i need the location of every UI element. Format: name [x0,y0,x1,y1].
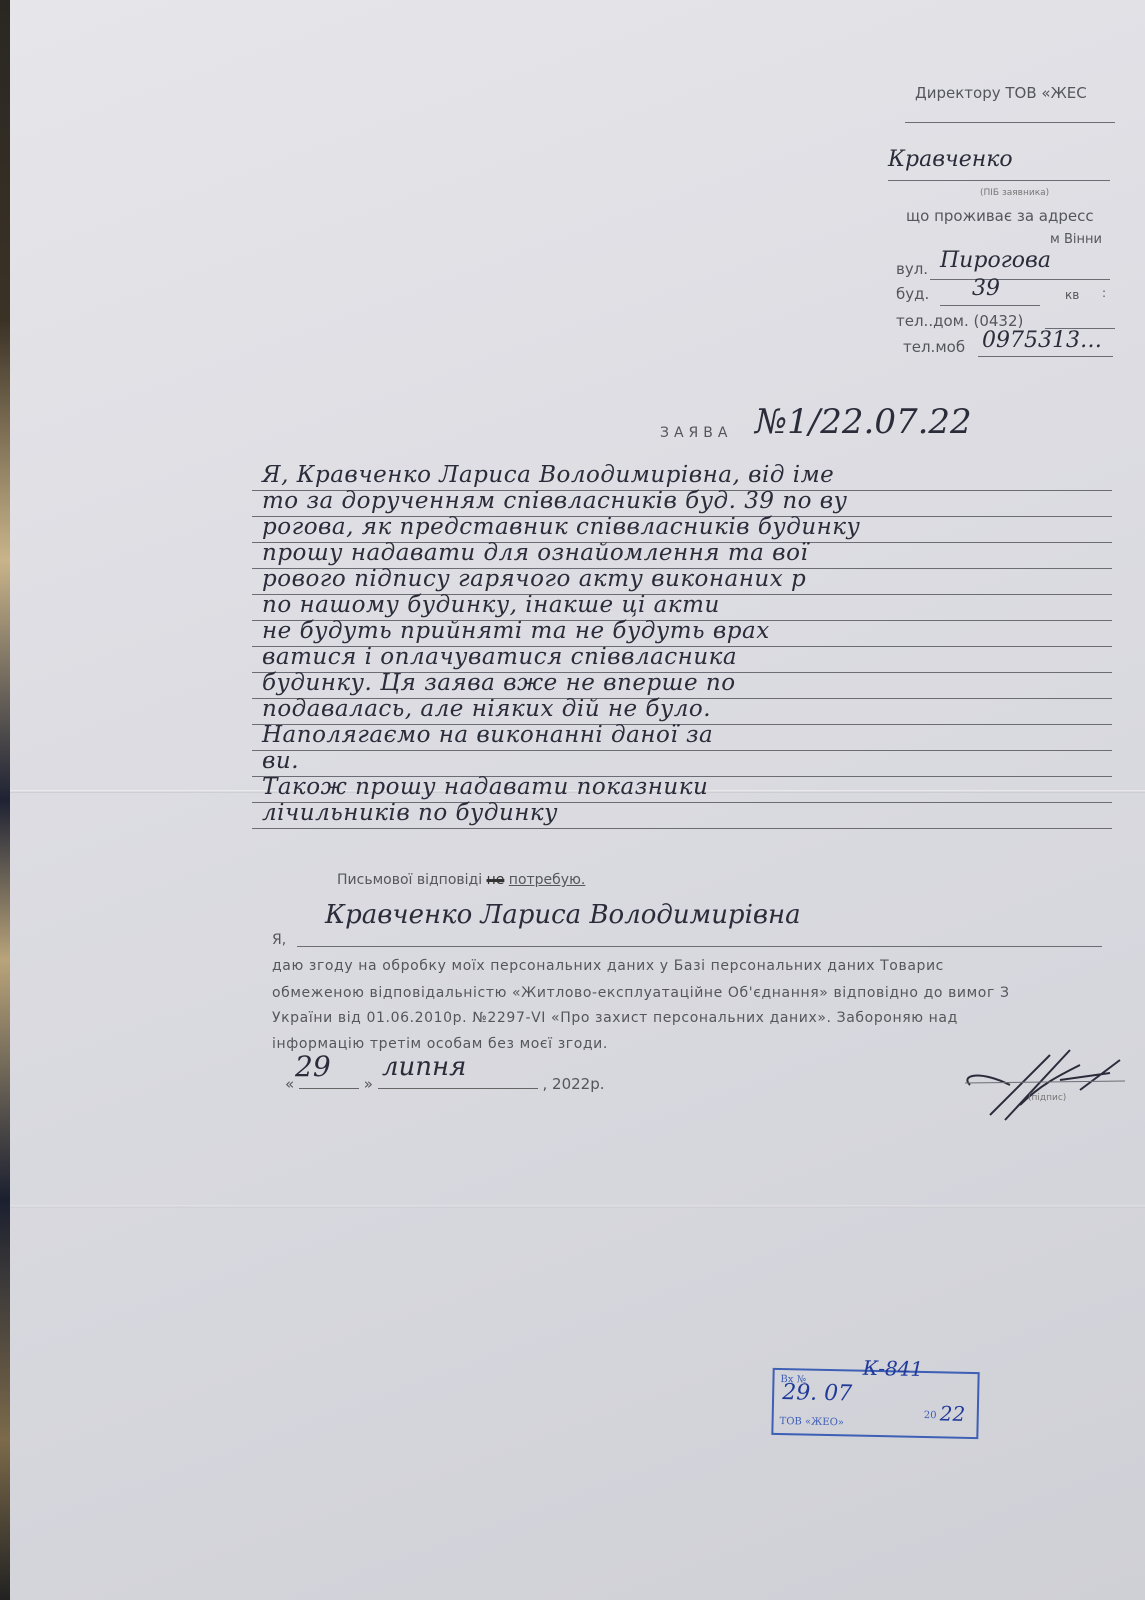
body-line: ви. [262,748,299,774]
date-year: , 2022р. [543,1075,605,1093]
written-reply-value: потребую. [509,872,586,888]
stamp-year: 22 [940,1401,966,1426]
body-line: Також прошу надавати показники [262,774,708,800]
body-line: подавалась, але ніяких дій не було. [262,696,711,722]
body-line: не будуть прийняті та не будуть врах [262,618,770,644]
consent-name: Кравченко Лариса Володимирівна [325,900,801,930]
building-value: 39 [972,276,1000,301]
body-line: ватися і оплачуватися співвласника [262,644,737,670]
apartment-value: : [1102,286,1106,300]
paper-crease [10,1205,1145,1208]
body-line: то за дорученням співвласників буд. 39 п… [262,488,848,514]
body-line: рового підпису гарячого акту виконаних р [262,566,806,592]
struck-word: не [487,872,505,888]
consent-prefix: Я, [272,932,286,948]
ruled-line [252,750,1112,751]
blank-line [297,946,1102,947]
stamp-org: ТОВ «ЖЕО» [779,1416,844,1428]
blank-line [940,305,1040,306]
body-line: по нашому будинку, інакше ці акти [262,592,720,618]
ruled-line [252,828,1112,829]
body-line: Наполягаємо на виконанні даної за [262,722,713,748]
incoming-stamp: Вх № К-841 29. 07 ТОВ «ЖЕО» 20 22 [771,1368,979,1439]
consent-line: обмеженою відповідальністю «Житлово-експ… [272,985,1010,1001]
lives-at-label: що проживає за адресс [906,207,1094,225]
blank-line [905,122,1115,123]
blank-line [930,279,1110,280]
date-month: липня [382,1052,466,1082]
date-day: 29 [295,1050,331,1083]
street-value: Пирогова [940,248,1051,273]
stamp-incoming-number: К-841 [862,1356,923,1381]
addressee: Директору ТОВ «ЖЕС [915,84,1087,102]
mobile-phone-label: тел.моб [903,338,965,356]
consent-line: України від 01.06.2010р. №2297-VI «Про з… [272,1010,958,1026]
consent-line: даю згоду на обробку моїх персональних д… [272,958,944,974]
signature-caption: (підпис) [1028,1093,1066,1103]
body-line: Я, Кравченко Лариса Володимирівна, від і… [262,462,834,488]
date-open-quote: « [285,1075,294,1093]
application-number: №1/22.07.22 [755,402,972,442]
body-line: рогова, як представник співвласників буд… [262,514,860,540]
stamp-year-prefix: 20 [924,1410,937,1421]
written-reply-label: Письмової відповіді [337,872,482,888]
signature-scribble [960,1045,1130,1135]
blank-line [978,356,1113,357]
street-label: вул. [896,260,928,278]
body-line: будинку. Ця заява вже не вперше по [262,670,736,696]
city: м Вінни [1050,232,1102,247]
document-title: ЗАЯВА [660,425,732,441]
date-close-quote: » [364,1075,373,1093]
document-page: Директору ТОВ «ЖЕС Кравченко (ПІБ заявни… [10,0,1145,1600]
mobile-phone-value: 0975313… [982,328,1102,353]
applicant-name: Кравченко [888,147,1013,172]
apartment-label: кв [1065,288,1079,302]
body-line: лічильників по будинку [262,800,558,826]
blank-line [888,180,1110,181]
written-reply-statement: Письмової відповіді не потребую. [337,872,585,888]
stamp-date: 29. 07 [782,1380,852,1406]
applicant-name-caption: (ПІБ заявника) [980,188,1049,198]
building-label: буд. [896,285,929,303]
body-line: прошу надавати для ознайомлення та вої [262,540,808,566]
